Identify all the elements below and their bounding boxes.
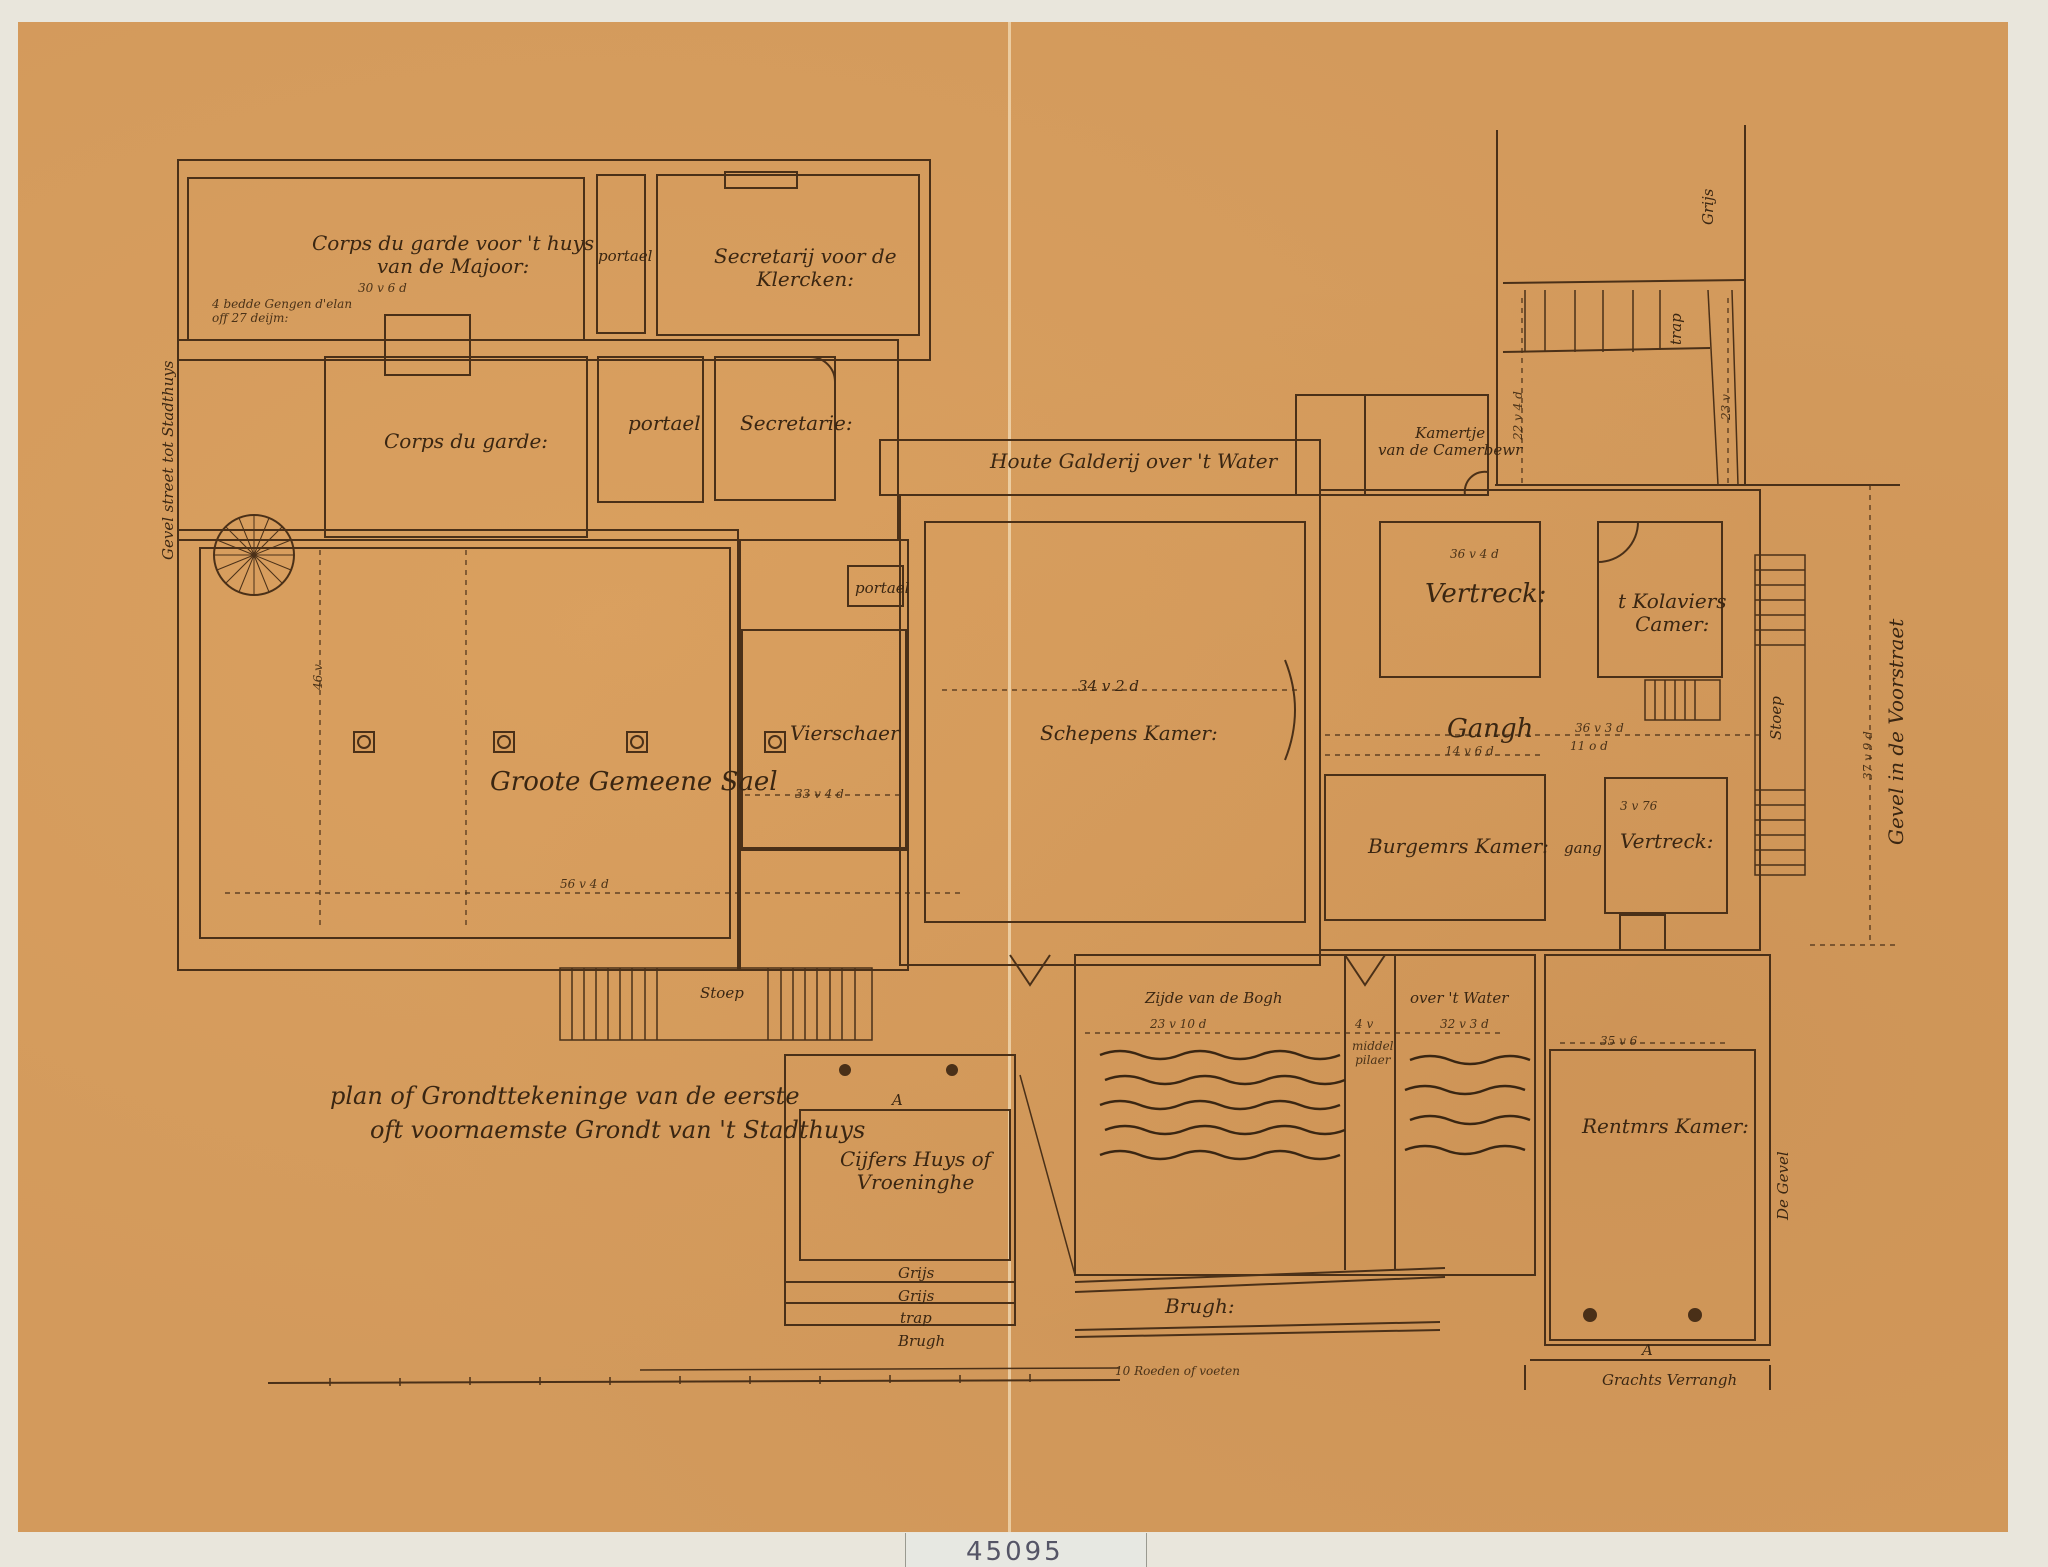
marker-a-top: A <box>892 1092 903 1109</box>
room-label-ciffers-huys: Cijfers Huys of Vroeninghe <box>840 1148 991 1194</box>
room-label-secretarij: Secretarij voor de Klercken: <box>714 245 897 291</box>
room-label-portael-top: portael <box>598 248 652 265</box>
dim-middel: 4 v <box>1355 1018 1373 1032</box>
label-middel-pilaer: middel pilaer <box>1352 1040 1394 1068</box>
plan-title: plan of Grondttekeninge van de eerste of… <box>330 1080 865 1147</box>
label-zijde-van-de-bogh: Zijde van de Bogh <box>1145 990 1283 1007</box>
dim-vertreck-right: 3 v 76 <box>1620 800 1657 814</box>
dim-groote-sael-width: 56 v 4 d <box>560 878 609 892</box>
dim-vierschaer: 33 v 4 d <box>795 788 844 802</box>
room-label-vertreck-right: Vertreck: <box>1620 830 1714 853</box>
dim-rentmrs: 35 v 6 <box>1600 1035 1637 1049</box>
room-label-kamertje: Kamertje van de Camerbewr <box>1378 425 1522 460</box>
dim-gevel: 37 v 9 d <box>1862 731 1876 780</box>
label-trap: trap <box>1668 313 1685 345</box>
dim-vertreck-top: 36 v 4 d <box>1450 548 1499 562</box>
label-line: Klercken: <box>714 268 897 291</box>
label-line: Corps du garde voor 't huys <box>312 232 594 255</box>
room-label-schepens-kamer: Schepens Kamer: <box>1040 722 1218 745</box>
row-label-4: Brugh <box>898 1333 945 1350</box>
scale-note: 10 Roeden of voeten <box>1115 1365 1240 1379</box>
label-line: Camer: <box>1618 613 1727 636</box>
catalog-label: 45095 <box>905 1533 1147 1567</box>
label-line: middel <box>1352 1040 1394 1054</box>
room-label-corps-de-garde-majoor: Corps du garde voor 't huys van de Majoo… <box>312 232 594 278</box>
room-label-groote-gemeene-sael: Groote Gemeene Sael <box>490 768 778 798</box>
label-brugh: Brugh: <box>1165 1295 1235 1318</box>
marker-a-bottom: A <box>1642 1342 1653 1359</box>
label-line: Secretarij voor de <box>714 245 897 268</box>
dim-gangh-1: 36 v 3 d <box>1575 722 1624 736</box>
label-over-water: over 't Water <box>1410 990 1508 1007</box>
row-label-2: Grijs <box>898 1288 934 1305</box>
label-line: van de Majoor: <box>312 255 594 278</box>
room-label-portael-small: portael <box>855 580 909 597</box>
label-line: t Kolaviers <box>1618 590 1727 613</box>
floor-plan-drawing <box>0 0 2048 1567</box>
label-gevel-left: Gevel street tot Stadthuys <box>160 361 177 560</box>
dim-stoep: 22 v 4 d <box>1512 391 1526 440</box>
room-label-houte-galderij: Houte Galderij over 't Water <box>990 450 1277 473</box>
room-label-corps-de-garde: Corps du garde: <box>384 430 548 453</box>
title-line-2: oft voornaemste Grondt van 't Stadthuys <box>330 1114 865 1148</box>
room-label-vertreck-top: Vertreck: <box>1425 580 1547 610</box>
note-line: off 27 deijm: <box>212 312 352 326</box>
room-label-rentmeesters-kamer: Rentmrs Kamer: <box>1582 1115 1749 1138</box>
dim-gangh-3: 14 v 6 d <box>1445 745 1494 759</box>
label-line: Cijfers Huys of <box>840 1148 991 1171</box>
label-gracht: Grachts Verrangh <box>1602 1372 1737 1389</box>
label-grijs: Grijs <box>1700 189 1717 225</box>
note-major: 4 bedde Gengen d'elan off 27 deijm: <box>212 298 352 326</box>
label-stoep-front: Stoep <box>700 985 744 1002</box>
label-gevel-voorstraet: Gevel in de Voorstraet <box>1885 619 1908 845</box>
note-line: 4 bedde Gengen d'elan <box>212 298 352 312</box>
label-line: van de Camerbewr <box>1378 442 1522 459</box>
label-line: pilaer <box>1352 1054 1394 1068</box>
room-label-stoep: Stoep <box>1768 696 1785 740</box>
dim-gangh-2: 11 o d <box>1570 740 1608 754</box>
dim-schepens-width: 34 v 2 d <box>1078 678 1139 695</box>
dim-grijs: 23 v <box>1720 394 1734 420</box>
title-line-1: plan of Grondttekeninge van de eerste <box>330 1080 865 1114</box>
dim-groote-sael-depth: 46 v <box>312 664 326 690</box>
room-label-kolaviers-kamer: t Kolaviers Camer: <box>1618 590 1727 636</box>
row-label-3: trap <box>900 1310 932 1327</box>
row-label-1: Grijs <box>898 1265 934 1282</box>
room-label-secretarie: Secretarie: <box>740 412 853 435</box>
room-label-portael-mid: portael <box>628 412 701 435</box>
label-line: Vroeninghe <box>840 1171 991 1194</box>
label-gevel-right: De Gevel <box>1775 1151 1792 1220</box>
catalog-number: 45095 <box>966 1537 1064 1567</box>
room-label-gangh: Gangh <box>1447 715 1533 745</box>
room-label-vierschaer: Vierschaer <box>790 722 900 745</box>
dim-water: 32 v 3 d <box>1440 1018 1489 1032</box>
room-label-burgemeesters-kamer: Burgemrs Kamer: <box>1368 835 1549 858</box>
room-label-gang-small: gang <box>1564 840 1602 857</box>
label-line: Kamertje <box>1378 425 1522 442</box>
dim-bogh: 23 v 10 d <box>1150 1018 1206 1032</box>
dim-corps-major: 30 v 6 d <box>358 282 407 296</box>
